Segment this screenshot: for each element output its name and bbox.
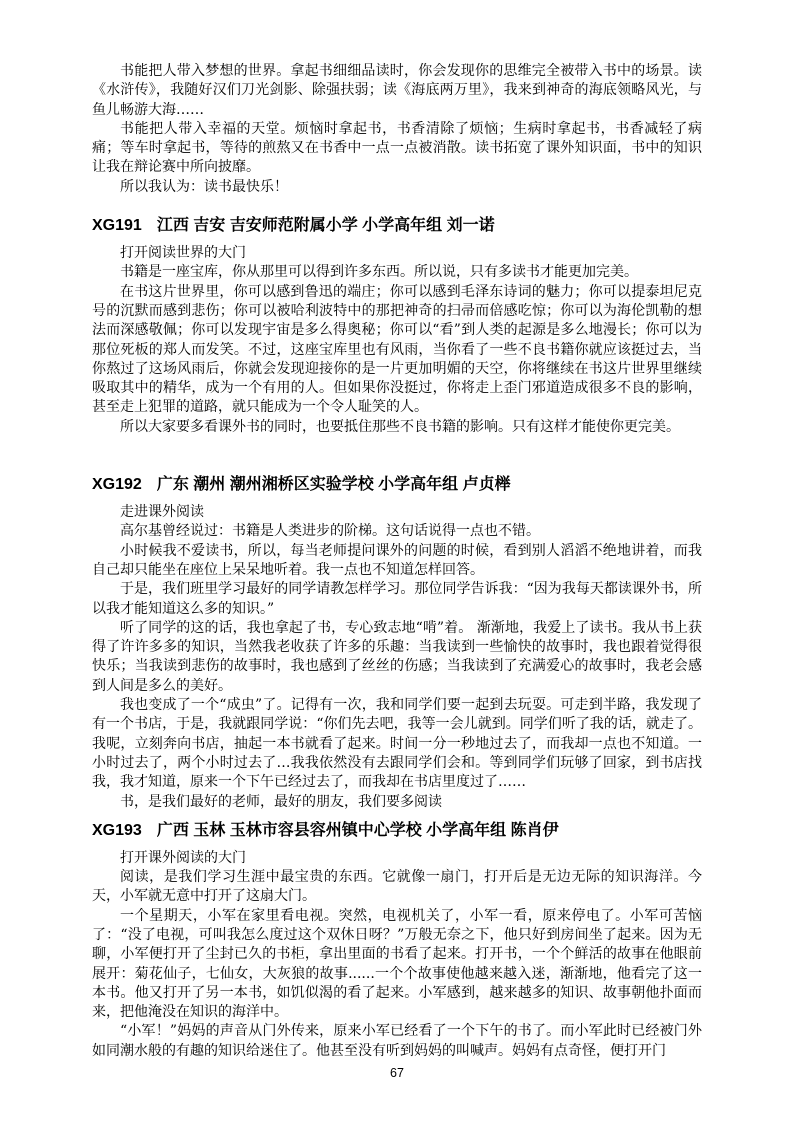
- essay-paragraph: 于是，我们班里学习最好的同学请教怎样学习。那位同学告诉我：“因为我每天都读课外书…: [92, 580, 702, 619]
- intro-paragraph: 书能把人带入幸福的天堂。烦恼时拿起书，书香清除了烦恼；生病时拿起书，书香减轻了病…: [92, 120, 702, 178]
- essay-paragraph: “小军！”妈妈的声音从门外传来，原来小军已经看了一个下午的书了。而小军此时已经被…: [92, 1022, 702, 1061]
- essay-paragraph: 阅读，是我们学习生涯中最宝贵的东西。它就像一扇门，打开后是无边无际的知识海洋。今…: [92, 868, 702, 907]
- entry-code: XG191: [92, 217, 142, 234]
- essay-paragraph: 在书这片世界里，你可以感到鲁迅的端庄；你可以感到毛泽东诗词的魅力；你可以提泰坦尼…: [92, 283, 702, 418]
- essay-paragraph: 小时候我不爱读书，所以，每当老师提问课外的问题的时候，看到别人滔滔不绝地讲着，而…: [92, 542, 702, 581]
- essay-paragraph: 书，是我们最好的老师，最好的朋友，我们要多阅读: [92, 793, 702, 812]
- entry-header: XG192广东 潮州 潮州湘桥区实验学校 小学高年组 卢贞榉: [92, 474, 702, 495]
- entry-code: XG193: [92, 822, 142, 839]
- essay-paragraph: 所以大家要多看课外书的同时，也要抵住那些不良书籍的影响。只有这样才能使你更完美。: [92, 418, 702, 437]
- essay-title: 打开阅读世界的大门: [92, 244, 702, 263]
- entry-info: 广西 玉林 玉林市容县容州镇中心学校 小学高年组 陈肖伊: [157, 822, 559, 839]
- page-number: 67: [92, 1066, 702, 1080]
- content-area: 书能把人带入梦想的世界。拿起书细细品读时，你会发现你的思维完全被带入书中的场景。…: [92, 62, 702, 1080]
- intro-section: 书能把人带入梦想的世界。拿起书细细品读时，你会发现你的思维完全被带入书中的场景。…: [92, 62, 702, 197]
- entry-section-xg193: XG193广西 玉林 玉林市容县容州镇中心学校 小学高年组 陈肖伊 打开课外阅读…: [92, 820, 702, 1061]
- document-page: 书能把人带入梦想的世界。拿起书细细品读时，你会发现你的思维完全被带入书中的场景。…: [0, 0, 794, 1123]
- entry-code: XG192: [92, 476, 142, 493]
- entry-section-xg192: XG192广东 潮州 潮州湘桥区实验学校 小学高年组 卢贞榉 走进课外阅读 高尔…: [92, 474, 702, 812]
- essay-title: 打开课外阅读的大门: [92, 849, 702, 868]
- intro-paragraph: 所以我认为：读书最快乐！: [92, 178, 702, 197]
- entry-info: 江西 吉安 吉安师范附属小学 小学高年组 刘一诺: [157, 217, 495, 234]
- essay-title: 走进课外阅读: [92, 503, 702, 522]
- essay-paragraph: 书籍是一座宝库，你从那里可以得到许多东西。所以说，只有多读书才能更加完美。: [92, 263, 702, 282]
- entry-info: 广东 潮州 潮州湘桥区实验学校 小学高年组 卢贞榉: [157, 476, 511, 493]
- entry-header: XG193广西 玉林 玉林市容县容州镇中心学校 小学高年组 陈肖伊: [92, 820, 702, 841]
- entry-section-xg191: XG191江西 吉安 吉安师范附属小学 小学高年组 刘一诺 打开阅读世界的大门 …: [92, 215, 702, 437]
- intro-paragraph: 书能把人带入梦想的世界。拿起书细细品读时，你会发现你的思维完全被带入书中的场景。…: [92, 62, 702, 120]
- entry-header: XG191江西 吉安 吉安师范附属小学 小学高年组 刘一诺: [92, 215, 702, 236]
- essay-paragraph: 我也变成了一个“成虫”了。记得有一次，我和同学们要一起到去玩耍。可走到半路，我发…: [92, 696, 702, 792]
- essay-paragraph: 高尔基曾经说过：书籍是人类进步的阶梯。这句话说得一点也不错。: [92, 522, 702, 541]
- essay-paragraph: 一个星期天，小军在家里看电视。突然，电视机关了，小军一看，原来停电了。小军可苦恼…: [92, 907, 702, 1023]
- essay-paragraph: 听了同学的这的话，我也拿起了书，专心致志地“啃”着。 渐渐地，我爱上了读书。我从…: [92, 619, 702, 696]
